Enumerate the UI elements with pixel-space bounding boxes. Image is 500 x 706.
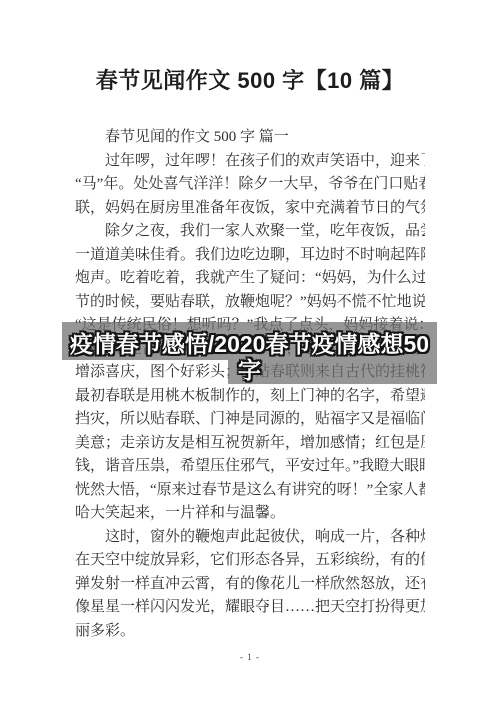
page-title: 春节见闻作文 500 字【10 篇】 — [0, 64, 500, 95]
body-line: 丽多彩。 — [75, 620, 425, 644]
body-line: 像星星一样闪闪发光，耀眼夺目……把天空打扮得更加绚 — [75, 596, 425, 620]
body-line: 联，妈妈在厨房里准备年夜饭，家中充满着节日的气氛。 — [75, 197, 425, 221]
body-line: 一道道美味佳肴。我们边吃边聊，耳边时不时响起阵阵鞭 — [75, 244, 425, 268]
page-number: - 1 - — [0, 652, 500, 662]
body-line: 过年啰，过年啰！在孩子们的欢声笑语中，迎来了 — [75, 150, 425, 174]
essay-subtitle: 春节见闻的作文 500 字 篇一 — [75, 126, 425, 150]
body-line: 炮声。吃着吃着，我就产生了疑问：“妈妈，为什么过春 — [75, 267, 425, 291]
body-line: “马”年。处处喜气洋洋！除夕一大早，爷爷在门口贴春 — [75, 173, 425, 197]
body-line: 最初春联是用桃木板制作的，刻上门神的名字，希望避邪 — [75, 385, 425, 409]
body-line: 这时，窗外的鞭炮声此起彼伏，响成一片，各种烟花 — [75, 526, 425, 550]
body-line: 钱，谐音压祟，希望压住邪气，平安过年。”我瞪大眼睛， — [75, 455, 425, 479]
body-line: 挡灾，所以贴春联、门神是同源的，贴福字又是福临门的 — [75, 408, 425, 432]
body-line: 除夕之夜，我们一家人欢聚一堂，吃年夜饭，品尝着 — [75, 220, 425, 244]
body-line: 哈大笑起来，一片祥和与温馨。 — [75, 502, 425, 526]
body-line: 在天空中绽放异彩，它们形态各异，五彩缤纷，有的像子 — [75, 549, 425, 573]
body-line: 恍然大悟，“原来过春节是这么有讲究的呀！”全家人都哈 — [75, 479, 425, 503]
body-line: 美意；走亲访友是相互祝贺新年，增加感情；红包是压岁 — [75, 432, 425, 456]
overlay-caption-line2: 字 — [62, 352, 437, 385]
body-line: 弹发射一样直冲云霄，有的像花儿一样欣然怒放，还有的 — [75, 573, 425, 597]
document-page: 春节见闻作文 500 字【10 篇】 春节见闻的作文 500 字 篇一 过年啰，… — [0, 0, 500, 706]
body-line: 节的时候，要贴春联，放鞭炮呢？”妈妈不慌不忙地说： — [75, 291, 425, 315]
